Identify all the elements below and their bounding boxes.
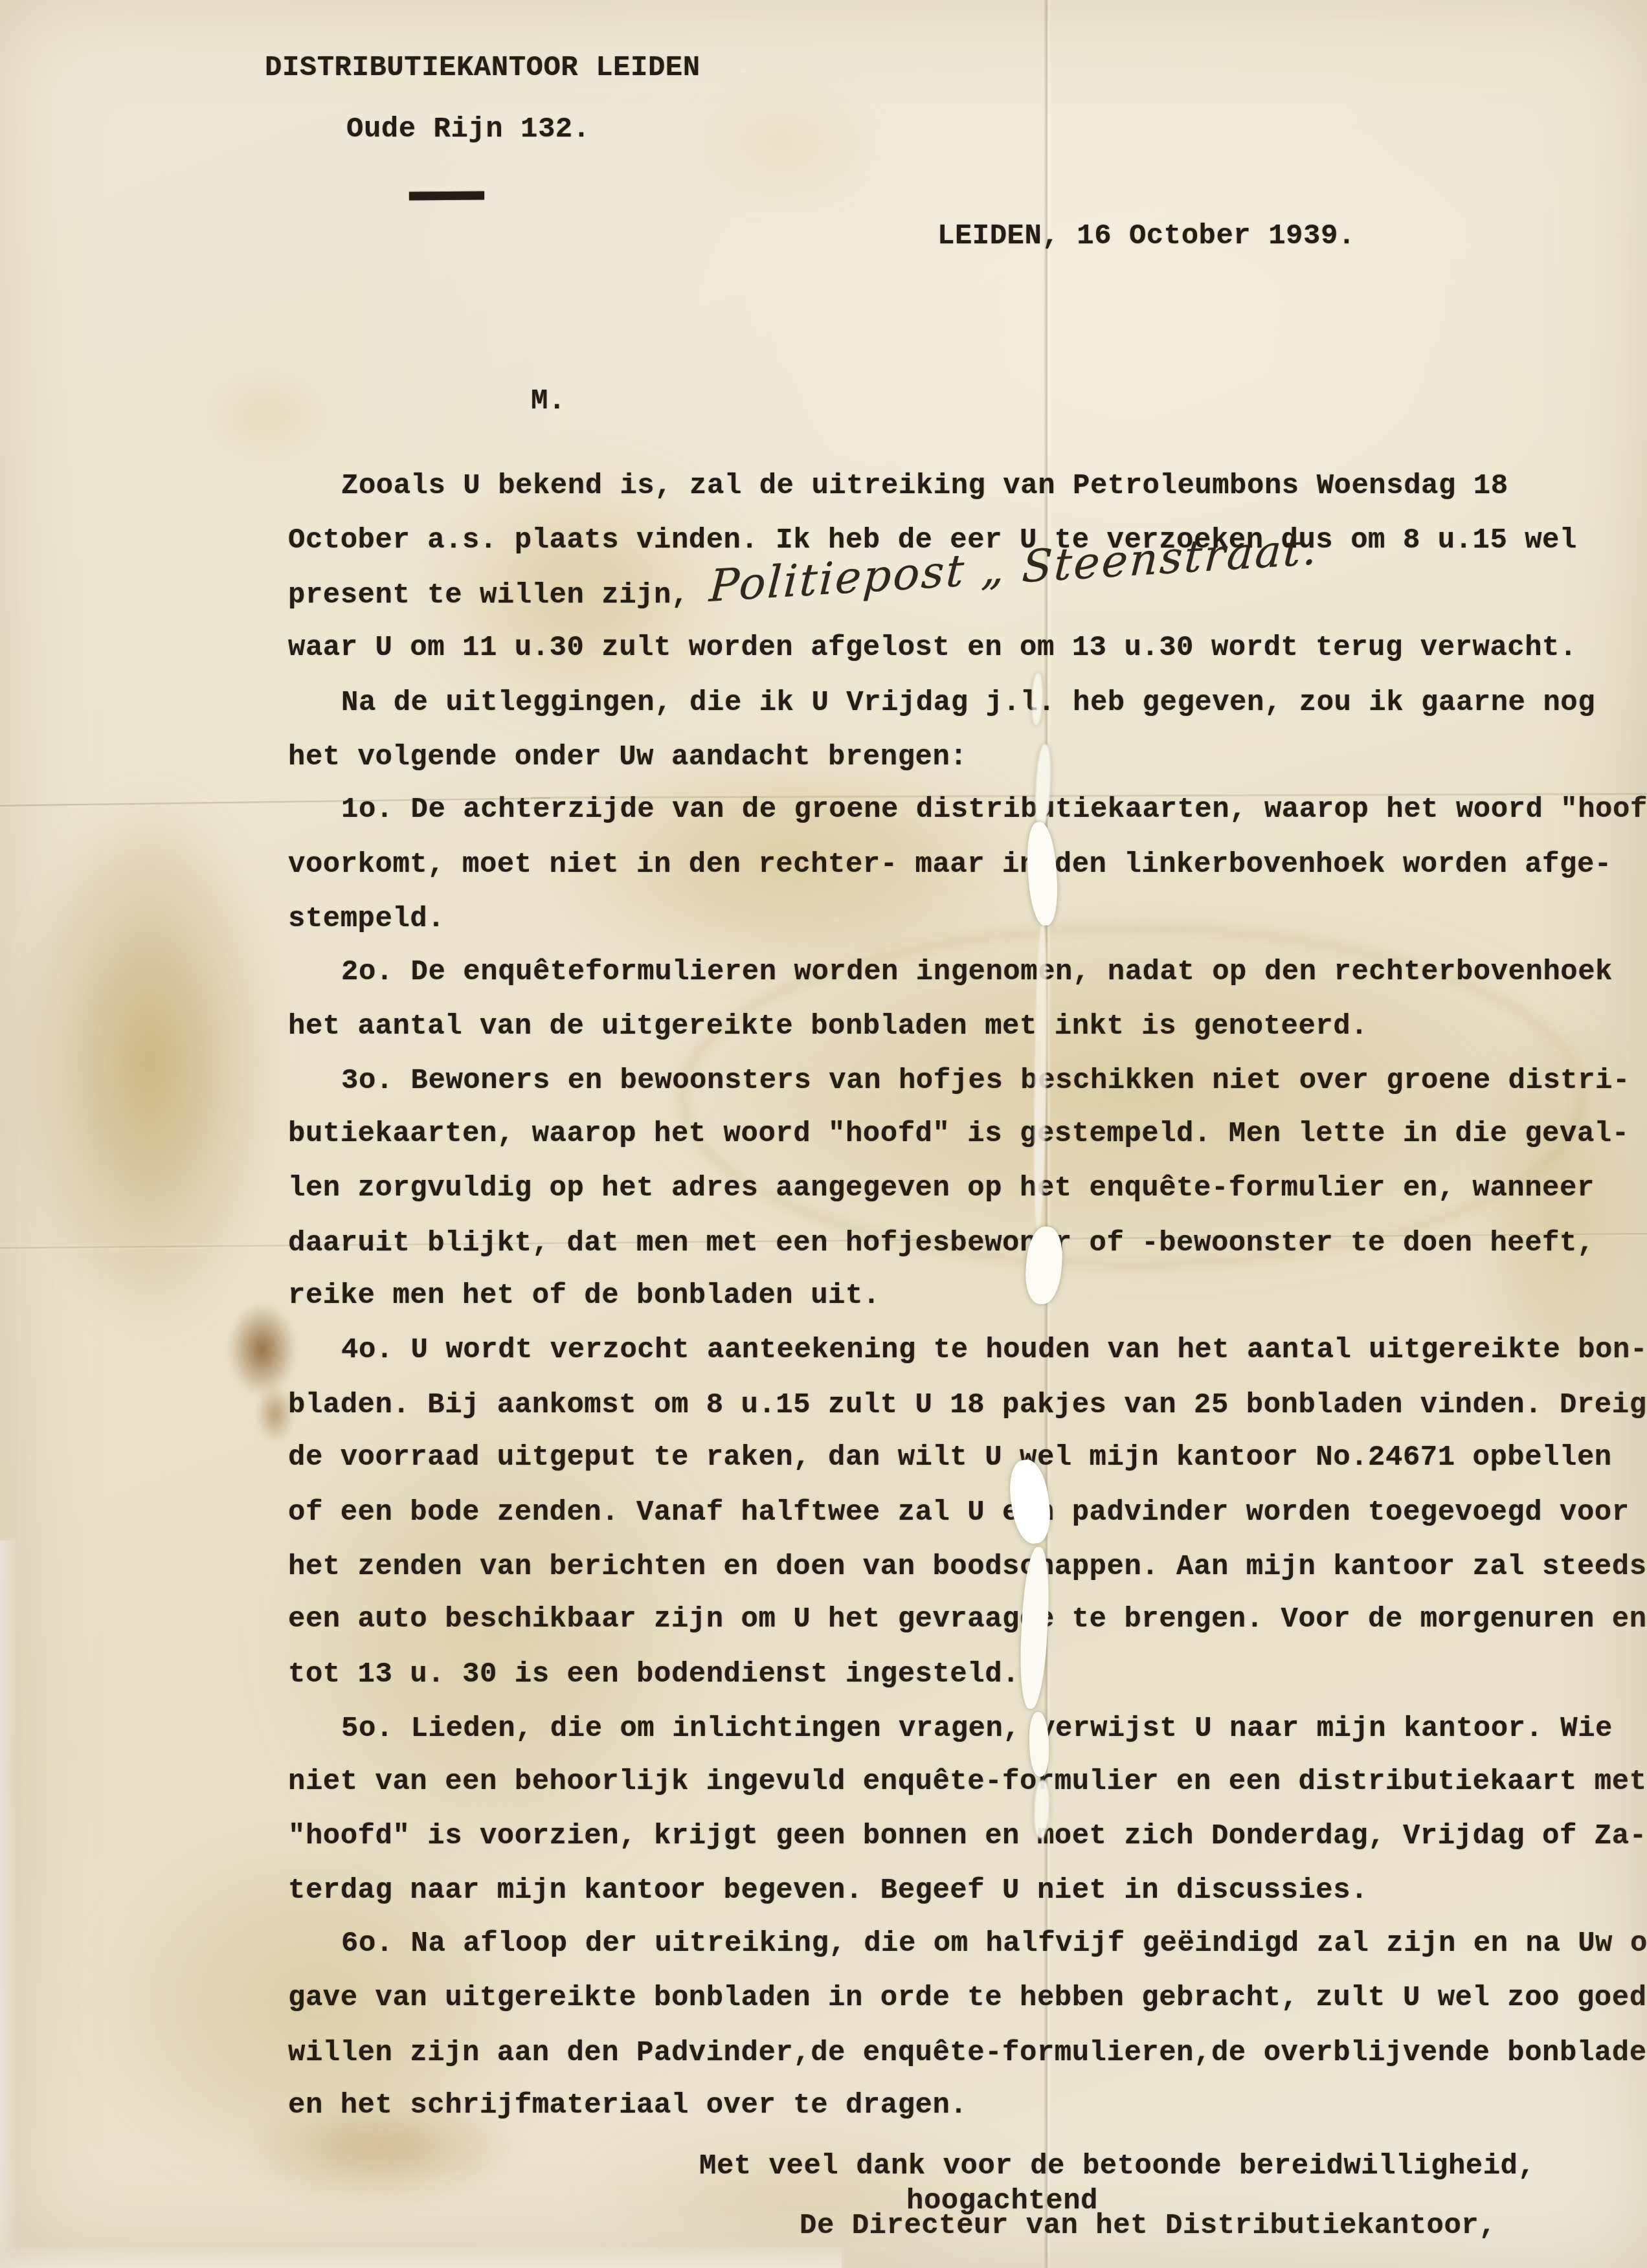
letter-line: reike men het of de bonbladen uit.: [288, 1280, 880, 1312]
letter-line: Na de uitleggingen, die ik U Vrijdag j.l…: [341, 687, 1595, 719]
letter-line: bladen. Bij aankomst om 8 u.15 zult U 18…: [288, 1389, 1647, 1421]
letter-line: het zenden van berichten en doen van boo…: [288, 1551, 1647, 1583]
letter-line: daaruit blijkt, dat men met een hofjesbe…: [288, 1227, 1595, 1260]
letter-line: voorkomt, moet niet in den rechter- maar…: [288, 849, 1612, 881]
stain-left-large: [19, 783, 278, 1340]
letter-line: terdag naar mijn kantoor begeven. Begeef…: [288, 1874, 1368, 1907]
letter-line: Zooals U bekend is, zal de uitreiking va…: [341, 470, 1508, 502]
salutation: M.: [531, 385, 566, 417]
letter-line: 2o. De enquêteformulieren worden ingenom…: [341, 956, 1613, 988]
stain-left-dark-drip: [227, 1301, 298, 1398]
letterhead-organization: DISTRIBUTIEKANTOOR LEIDEN: [265, 52, 700, 84]
letter-line: tot 13 u. 30 is een bodendienst ingestel…: [288, 1658, 1020, 1691]
dateline: LEIDEN, 16 October 1939.: [937, 220, 1356, 252]
scan-edge-left: [0, 1540, 17, 2268]
letter-line: niet van een behoorlijk ingevuld enquête…: [288, 1766, 1647, 1798]
letter-line: 3o. Bewoners en bewoonsters van hofjes b…: [341, 1065, 1630, 1097]
letter-line: 1o. De achterzijde van de groene distrib…: [341, 794, 1647, 826]
letter-line: of een bode zenden. Vanaf halftwee zal U…: [288, 1496, 1630, 1529]
letter-line: het aantal van de uitgereikte bonbladen …: [288, 1010, 1368, 1043]
letter-line: len zorgvuldig op het adres aangegeven o…: [288, 1172, 1595, 1205]
closing-thanks: Met veel dank voor de betoonde bereidwil…: [699, 2150, 1535, 2183]
letterhead-rule: [409, 192, 484, 201]
letter-line: en het schrijfmateriaal over te dragen.: [288, 2089, 967, 2122]
letter-line: 4o. U wordt verzocht aanteekening te hou…: [341, 1334, 1647, 1366]
letter-line: het volgende onder Uw aandacht brengen:: [288, 741, 967, 773]
scan-edge-bottom: [0, 2246, 842, 2268]
stain-top-faint: [686, 78, 880, 207]
scanned-letter-page: DISTRIBUTIEKANTOOR LEIDEN Oude Rijn 132.…: [0, 0, 1647, 2268]
letter-line: gave van uitgereikte bonbladen in orde t…: [288, 1982, 1647, 2014]
letter-line: een auto beschikbaar zijn om U het gevra…: [288, 1603, 1647, 1636]
stain-faint-upper-left: [194, 362, 337, 466]
letter-line: present te willen zijn,: [288, 579, 689, 612]
letter-line: 6o. Na afloop der uitreiking, die om hal…: [341, 1928, 1647, 1960]
letterhead-address: Oude Rijn 132.: [346, 113, 590, 146]
letter-line: willen zijn aan den Padvinder,de enquête…: [288, 2037, 1647, 2069]
letter-line: de voorraad uitgeput te raken, dan wilt …: [288, 1441, 1612, 1474]
letter-line: waar U om 11 u.30 zult worden afgelost e…: [288, 632, 1577, 664]
closing-signature-title: De Directeur van het Distributiekantoor,: [800, 2210, 1496, 2242]
letter-line: 5o. Lieden, die om inlichtingen vragen, …: [341, 1713, 1613, 1745]
letter-line: butiekaarten, waarop het woord "hoofd" i…: [288, 1118, 1630, 1150]
letter-line: "hoofd" is voorzien, krijgt geen bonnen …: [288, 1820, 1647, 1852]
letter-line: stempeld.: [288, 903, 445, 935]
